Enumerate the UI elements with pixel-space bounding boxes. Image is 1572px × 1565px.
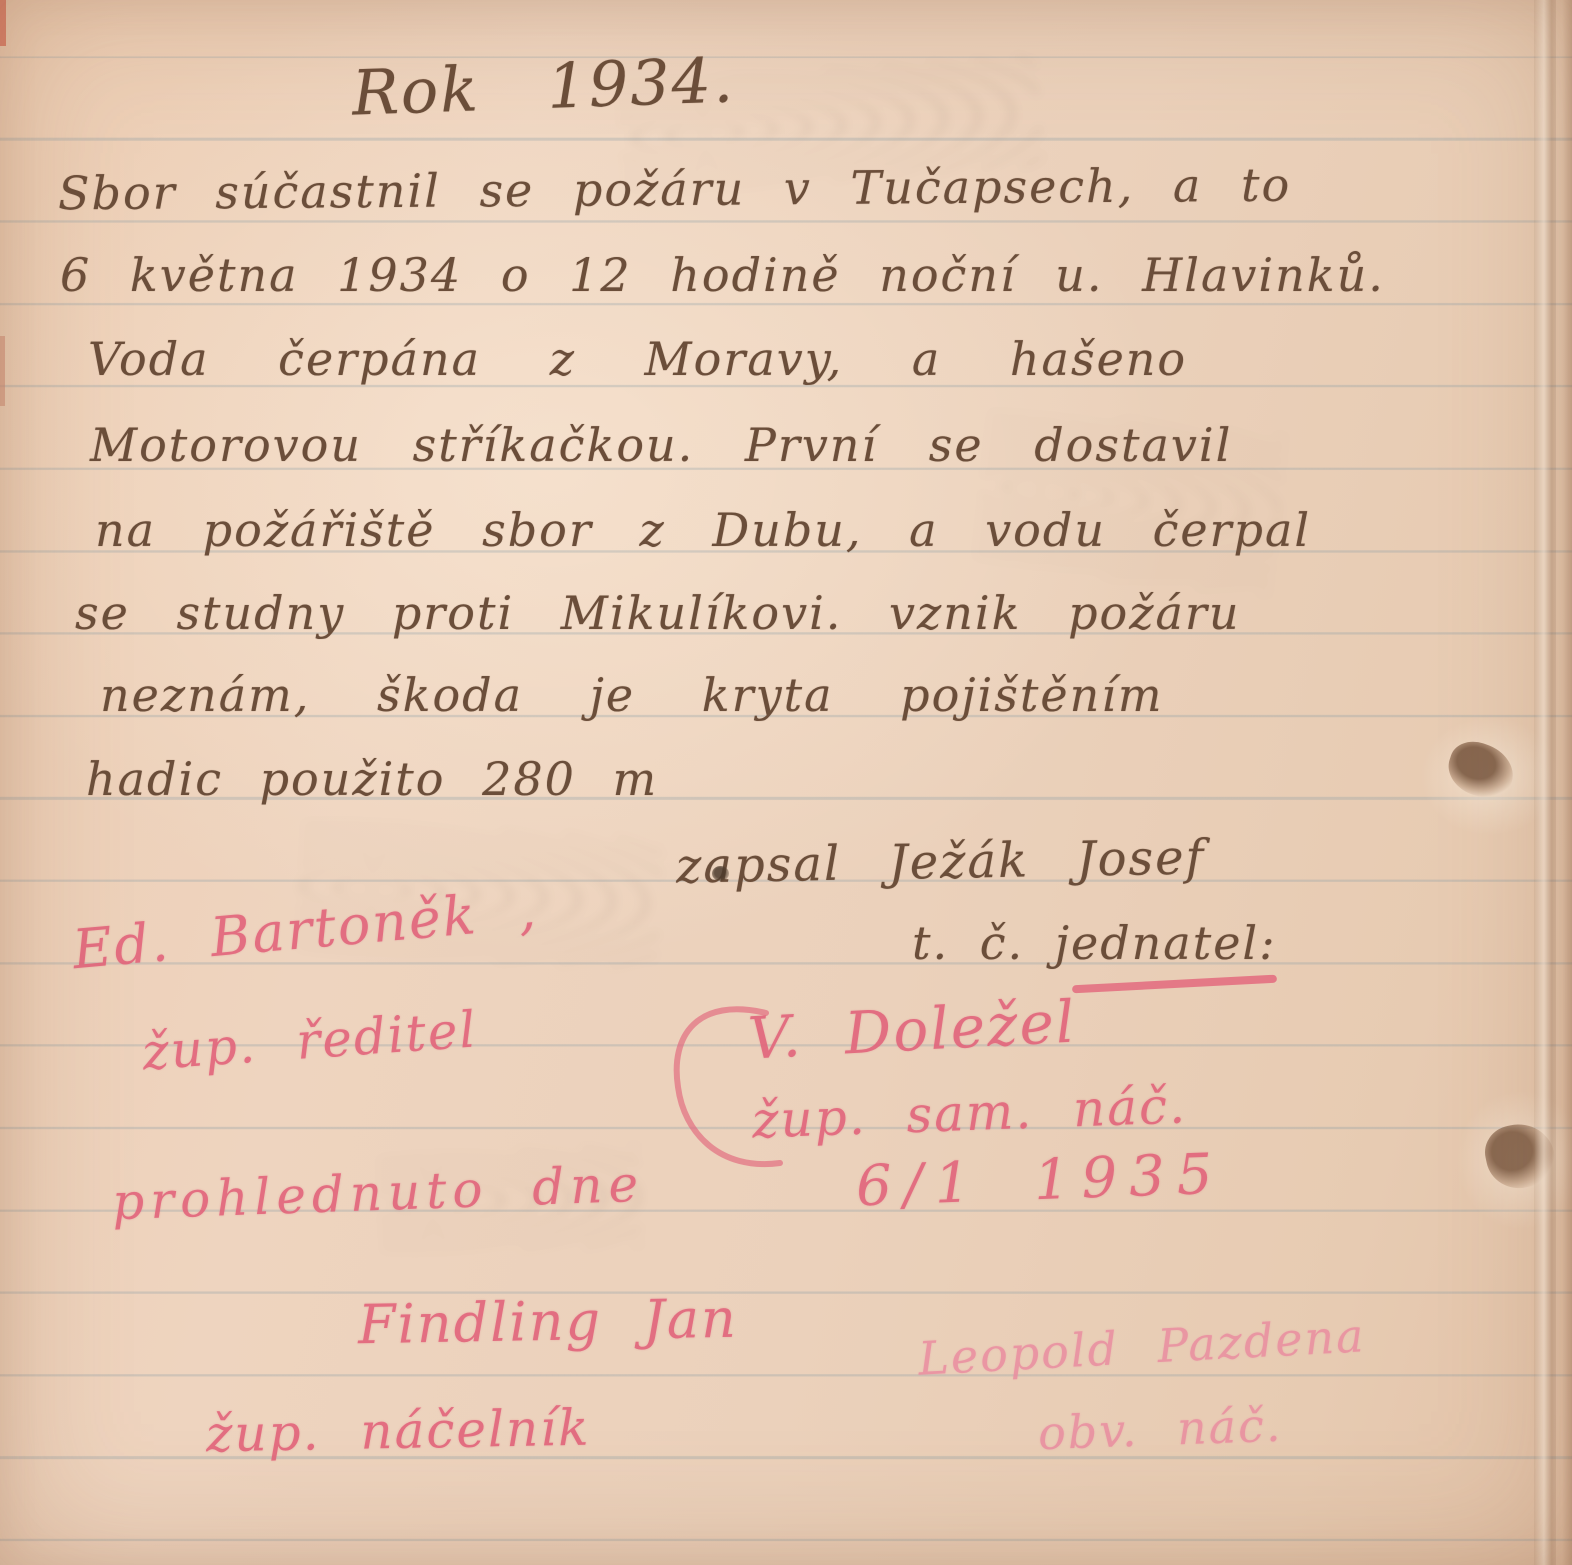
annotation-reviewer1-role: žup. ředitel — [140, 1000, 479, 1081]
entry-line: se studny proti Mikulíkovi. vznik požáru — [75, 586, 1241, 640]
scribe-role: t. č. jednatel: — [912, 916, 1277, 970]
chronicle-page: Rok 1934. Sbor súčastnil se požáru v Tuč… — [0, 0, 1572, 1565]
page-edge-mark — [0, 0, 6, 46]
annotation-reviewer4-name: Leopold Pazdena — [917, 1308, 1367, 1385]
ink-smudge — [712, 866, 729, 881]
paper-wear-mark — [1420, 716, 1560, 836]
entry-line: na požářiště sbor z Dubu, a vodu čerpal — [95, 503, 1311, 557]
entry-line: Sbor súčastnil se požáru v Tučapsech, a … — [58, 158, 1292, 221]
page-title: Rok 1934. — [351, 43, 736, 129]
page-edge-mark — [0, 336, 5, 406]
page-edge-shadow — [1562, 0, 1572, 1565]
annotation-review-date: 6/1 1935 — [855, 1142, 1225, 1220]
annotation-reviewer2-signature: V. Doležel — [746, 987, 1077, 1072]
paper-wear-mark — [1456, 1090, 1572, 1230]
annotation-reviewer4-role: obv. náč. — [1037, 1398, 1283, 1460]
annotation-reviewer1-name: Ed. Bartoněk , — [70, 878, 540, 981]
annotation-reviewer2-role: žup. sam. náč. — [751, 1076, 1188, 1149]
scribe-signature: zapsal Ježák Josef — [676, 829, 1206, 894]
annotation-reviewer3-name: Findling Jan — [357, 1287, 738, 1357]
annotation-review-note: prohlednuto dne — [111, 1155, 645, 1232]
paper-tear-mark — [1442, 735, 1521, 805]
red-underline-mark — [1072, 975, 1277, 994]
entry-line: neznám, škoda je kryta pojištěním — [100, 668, 1164, 722]
entry-line: hadic použito 280 m — [86, 752, 658, 806]
entry-line: Motorovou stříkačkou. První se dostavil — [90, 418, 1232, 472]
entry-line: Voda čerpána z Moravy, a hašeno — [88, 332, 1187, 386]
entry-line: 6 května 1934 o 12 hodině noční u. Hlavi… — [60, 248, 1385, 302]
paper-tear-mark — [1480, 1118, 1560, 1195]
page-fold-crease — [1534, 0, 1556, 1565]
annotation-reviewer3-role: žup. náčelník — [206, 1399, 591, 1464]
